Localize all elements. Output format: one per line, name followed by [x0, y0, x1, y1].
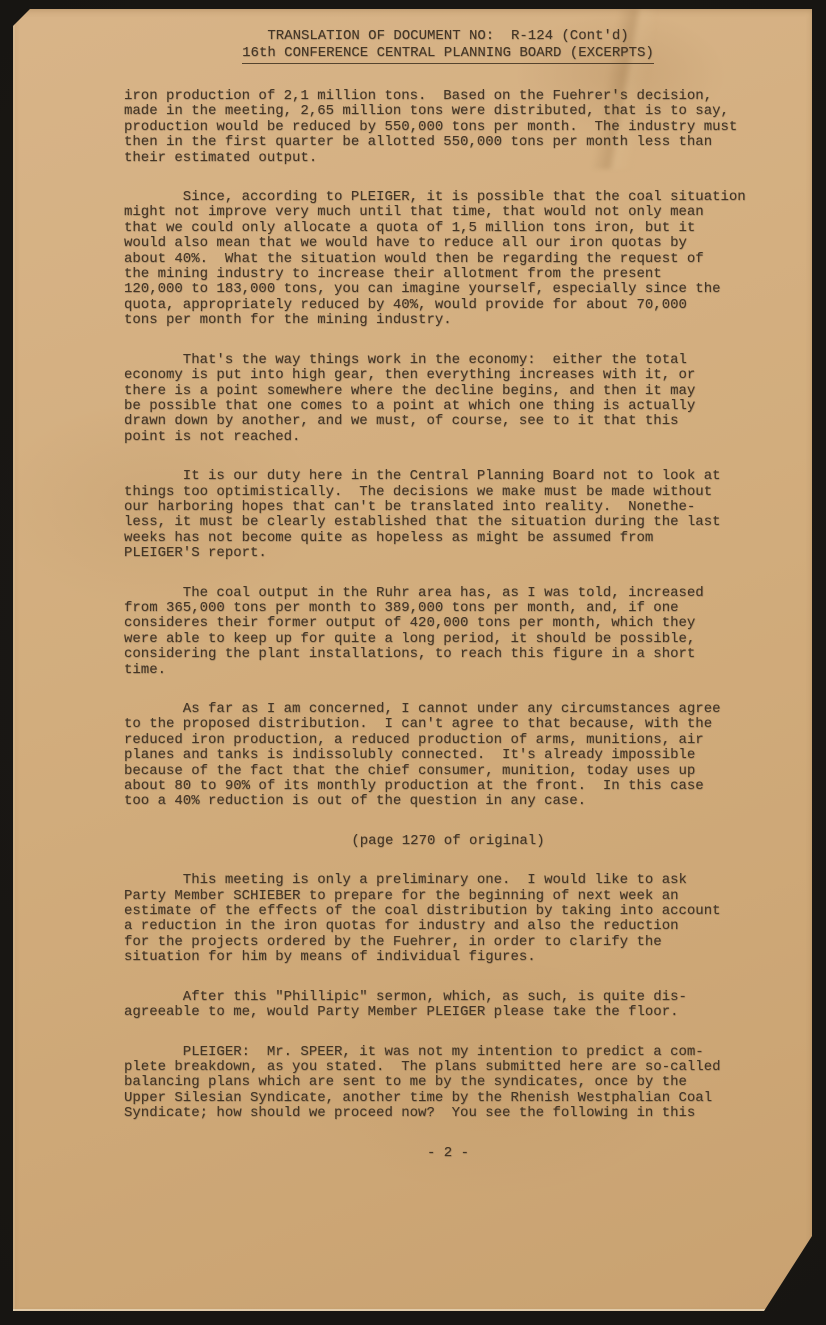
paragraph-7: This meeting is only a preliminary one. …	[124, 873, 772, 965]
paragraph-5: The coal output in the Ruhr area has, as…	[124, 586, 772, 678]
typewritten-content: TRANSLATION OF DOCUMENT NO: R-124 (Cont'…	[124, 28, 772, 1161]
paragraph-4: It is our duty here in the Central Plann…	[124, 469, 772, 561]
paragraph-2: Since, according to PLEIGER, it is possi…	[124, 190, 772, 329]
title-line-2: 16th CONFERENCE CENTRAL PLANNING BOARD (…	[124, 45, 772, 64]
scanner-background: TRANSLATION OF DOCUMENT NO: R-124 (Cont'…	[0, 0, 826, 1325]
title-line-2-text: 16th CONFERENCE CENTRAL PLANNING BOARD (…	[242, 45, 654, 64]
page-marker: (page 1270 of original)	[124, 834, 772, 849]
paragraph-9: PLEIGER: Mr. SPEER, it was not my intent…	[124, 1045, 772, 1122]
document-header: TRANSLATION OF DOCUMENT NO: R-124 (Cont'…	[124, 28, 772, 64]
page-number: - 2 -	[124, 1146, 772, 1161]
document-page: TRANSLATION OF DOCUMENT NO: R-124 (Cont'…	[13, 9, 812, 1311]
paragraph-1: iron production of 2,1 million tons. Bas…	[124, 89, 772, 166]
title-line-1: TRANSLATION OF DOCUMENT NO: R-124 (Cont'…	[124, 28, 772, 45]
paragraph-6: As far as I am concerned, I cannot under…	[124, 702, 772, 810]
paragraph-3: That's the way things work in the econom…	[124, 353, 772, 445]
paragraph-8: After this "Phillipic" sermon, which, as…	[124, 990, 772, 1021]
